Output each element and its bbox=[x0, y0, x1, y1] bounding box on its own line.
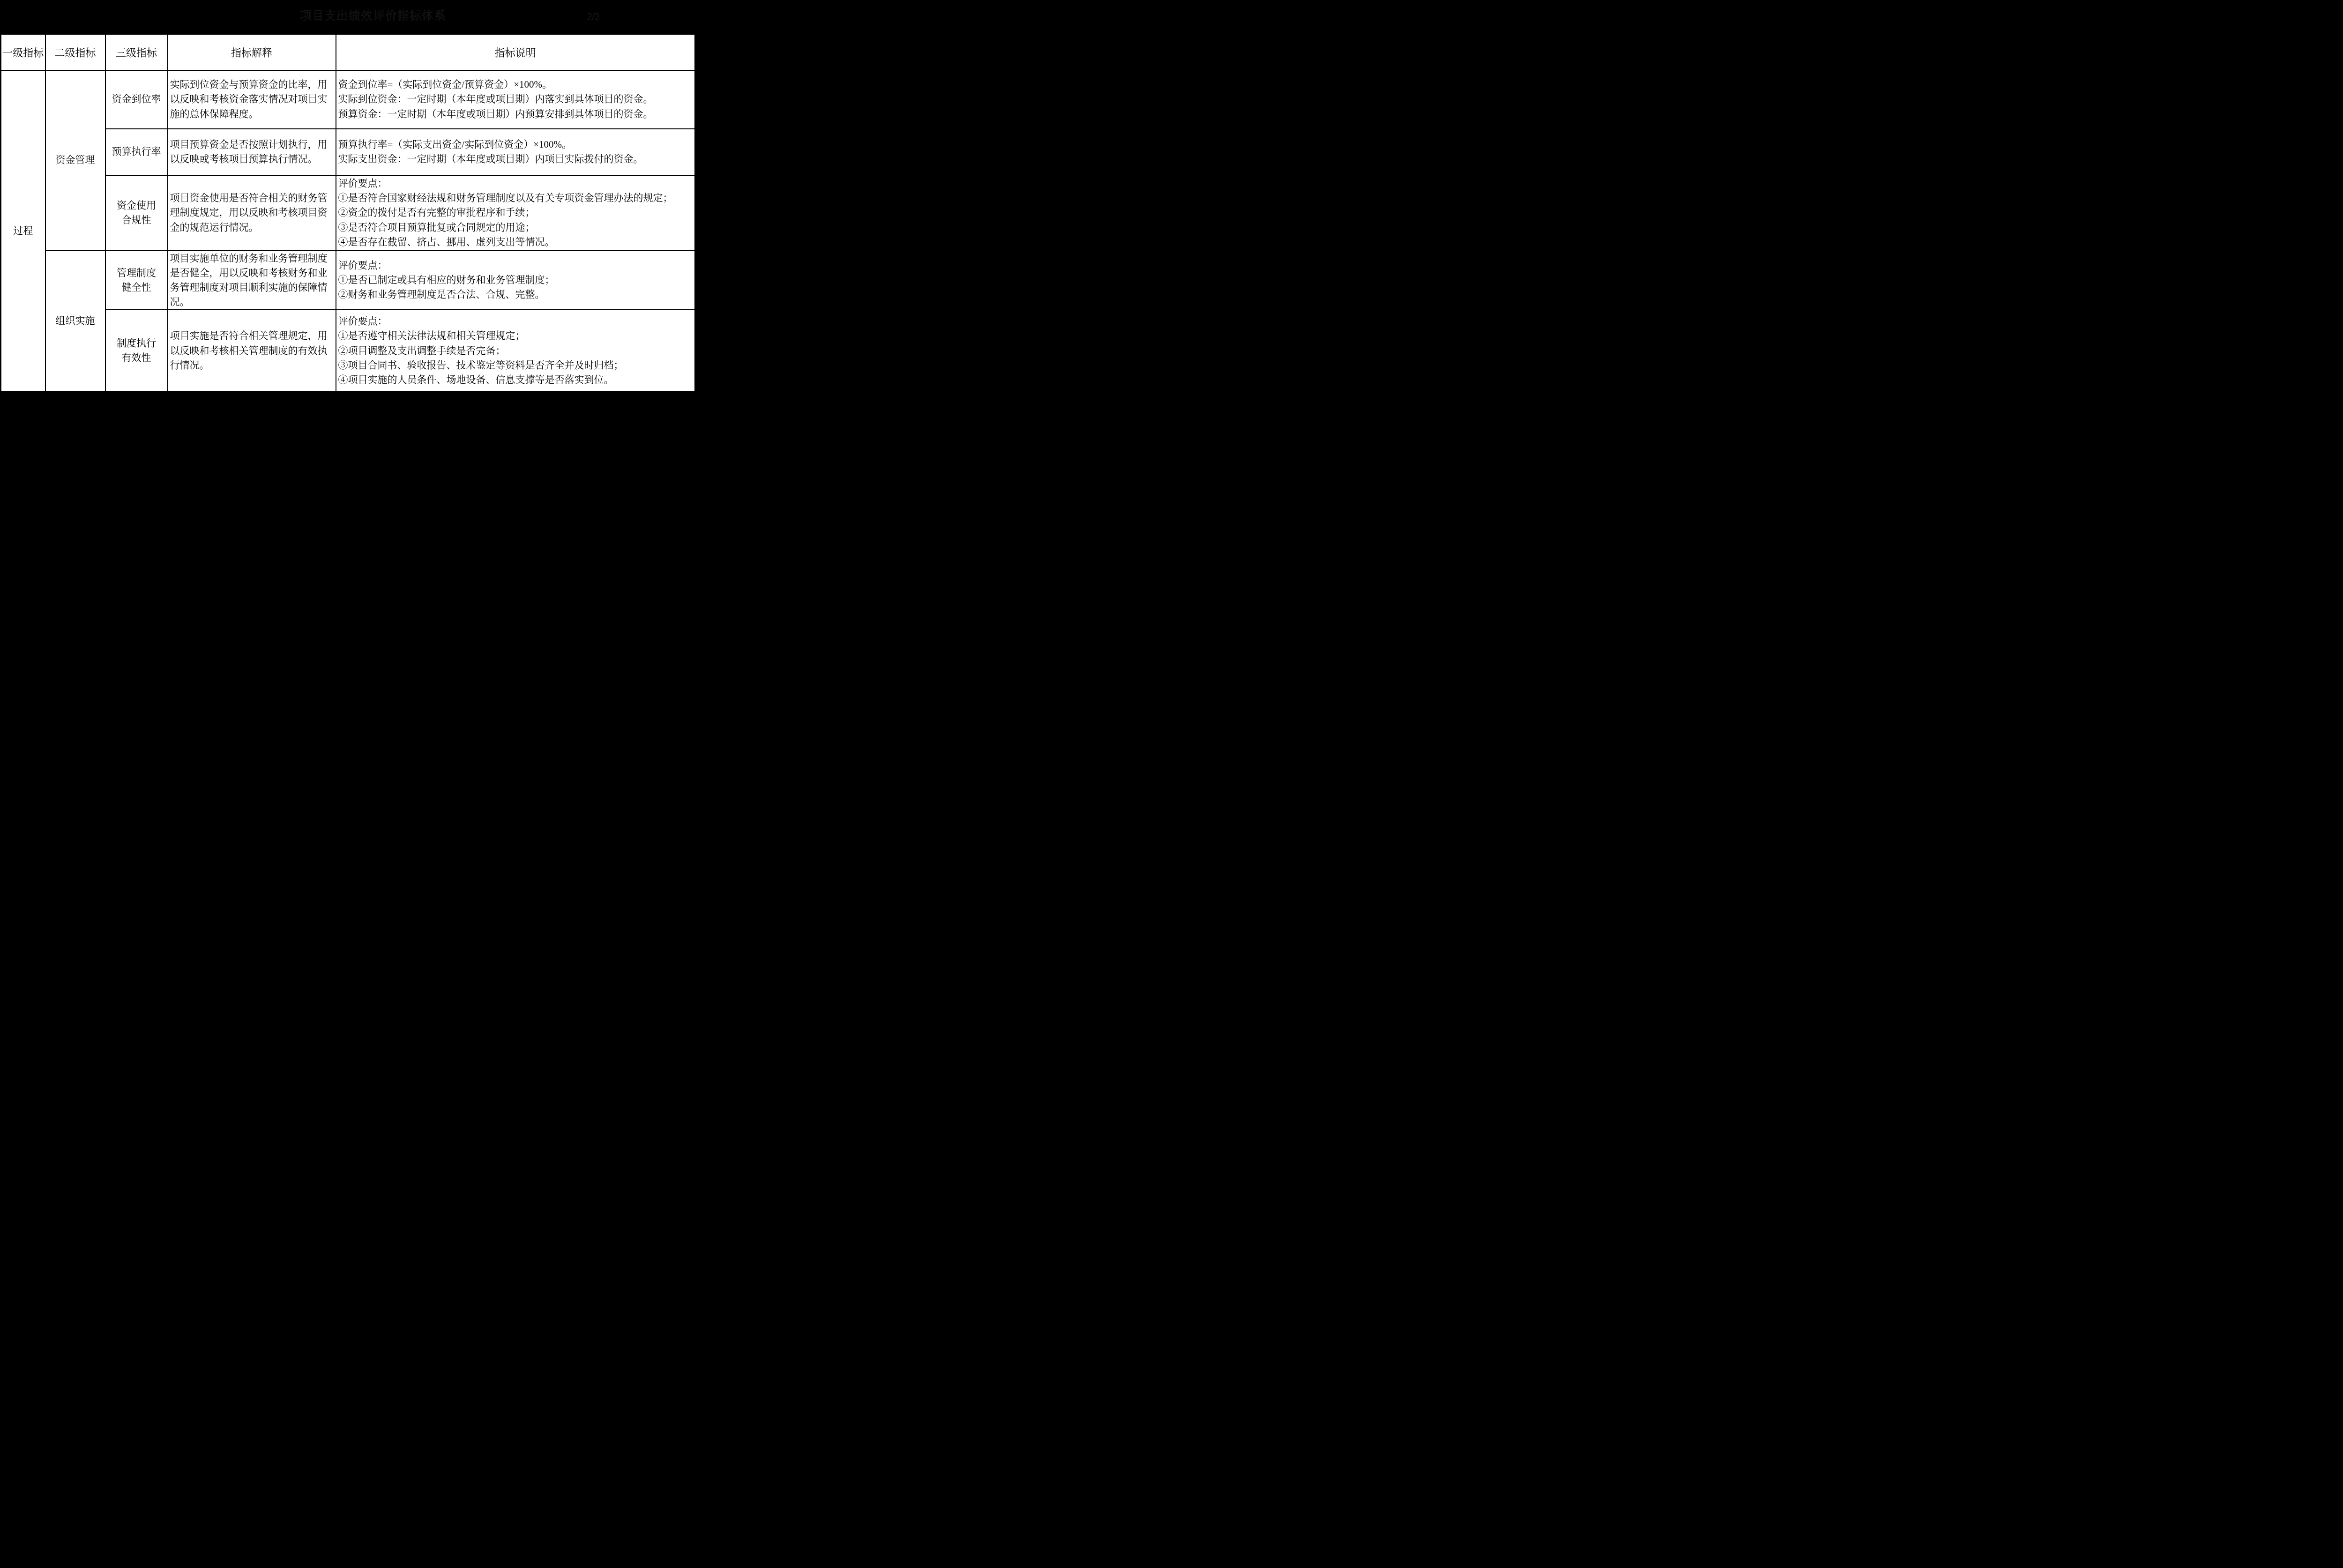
table-row: 资金使用 合规性 项目资金使用是否符合相关的财务管 理制度规定，用以反映和考核项… bbox=[1, 175, 695, 251]
cell-description: 预算执行率=（实际支出资金/实际到位资金）×100%。 实际支出资金：一定时期（… bbox=[336, 129, 695, 175]
header-cell-level3: 三级指标 bbox=[105, 34, 168, 70]
cell-explanation: 项目实施是否符合相关管理规定，用 以反映和考核相关管理制度的有效执 行情况。 bbox=[168, 310, 336, 392]
header-cell-explanation: 指标解释 bbox=[168, 34, 336, 70]
table-row: 过程 资金管理 资金到位率 实际到位资金与预算资金的比率，用 以反映和考核资金落… bbox=[1, 70, 695, 129]
header-cell-description: 指标说明 bbox=[336, 34, 695, 70]
cell-explanation: 项目资金使用是否符合相关的财务管 理制度规定，用以反映和考核项目资 金的规范运行… bbox=[168, 175, 336, 251]
table-row: 预算执行率 项目预算资金是否按照计划执行，用 以反映或考核项目预算执行情况。 预… bbox=[1, 129, 695, 175]
document-title: 项目支出绩效评价指标体系 bbox=[300, 10, 446, 22]
cell-level3-fund-arrival-rate: 资金到位率 bbox=[105, 70, 168, 129]
cell-level2-organization-implementation: 组织实施 bbox=[45, 251, 105, 392]
cell-description: 评价要点： ①是否符合国家财经法规和财务管理制度以及有关专项资金管理办法的规定；… bbox=[336, 175, 695, 251]
cell-description: 评价要点： ①是否遵守相关法律法规和相关管理规定； ②项目调整及支出调整手续是否… bbox=[336, 310, 695, 392]
page-indicator: 2/3 bbox=[587, 12, 600, 22]
table-row: 组织实施 管理制度 健全性 项目实施单位的财务和业务管理制度 是否健全，用以反映… bbox=[1, 251, 695, 310]
document-page: 项目支出绩效评价指标体系 2/3 一级指标 二级指标 三级指标 指标解释 指标说… bbox=[0, 0, 694, 392]
cell-description: 资金到位率=（实际到位资金/预算资金）×100%。 实际到位资金：一定时期（本年… bbox=[336, 70, 695, 129]
cell-explanation: 实际到位资金与预算资金的比率，用 以反映和考核资金落实情况对项目实 施的总体保障… bbox=[168, 70, 336, 129]
cell-explanation: 项目实施单位的财务和业务管理制度 是否健全，用以反映和考核财务和业 务管理制度对… bbox=[168, 251, 336, 310]
top-bar: 项目支出绩效评价指标体系 2/3 bbox=[0, 0, 694, 33]
cell-level3-fund-use-compliance: 资金使用 合规性 bbox=[105, 175, 168, 251]
cell-level2-fund-management: 资金管理 bbox=[45, 70, 105, 251]
cell-level3-management-system-soundness: 管理制度 健全性 bbox=[105, 251, 168, 310]
cell-explanation: 项目预算资金是否按照计划执行，用 以反映或考核项目预算执行情况。 bbox=[168, 129, 336, 175]
indicator-table: 一级指标 二级指标 三级指标 指标解释 指标说明 过程 资金管理 资金到位率 实… bbox=[0, 33, 694, 392]
header-row: 一级指标 二级指标 三级指标 指标解释 指标说明 bbox=[1, 34, 695, 70]
table-row: 制度执行 有效性 项目实施是否符合相关管理规定，用 以反映和考核相关管理制度的有… bbox=[1, 310, 695, 392]
cell-level1-process: 过程 bbox=[1, 70, 45, 392]
cell-level3-budget-execution-rate: 预算执行率 bbox=[105, 129, 168, 175]
header-cell-level1: 一级指标 bbox=[1, 34, 45, 70]
header-cell-level2: 二级指标 bbox=[45, 34, 105, 70]
cell-description: 评价要点： ①是否已制定或具有相应的财务和业务管理制度； ②财务和业务管理制度是… bbox=[336, 251, 695, 310]
cell-level3-system-execution-effectiveness: 制度执行 有效性 bbox=[105, 310, 168, 392]
